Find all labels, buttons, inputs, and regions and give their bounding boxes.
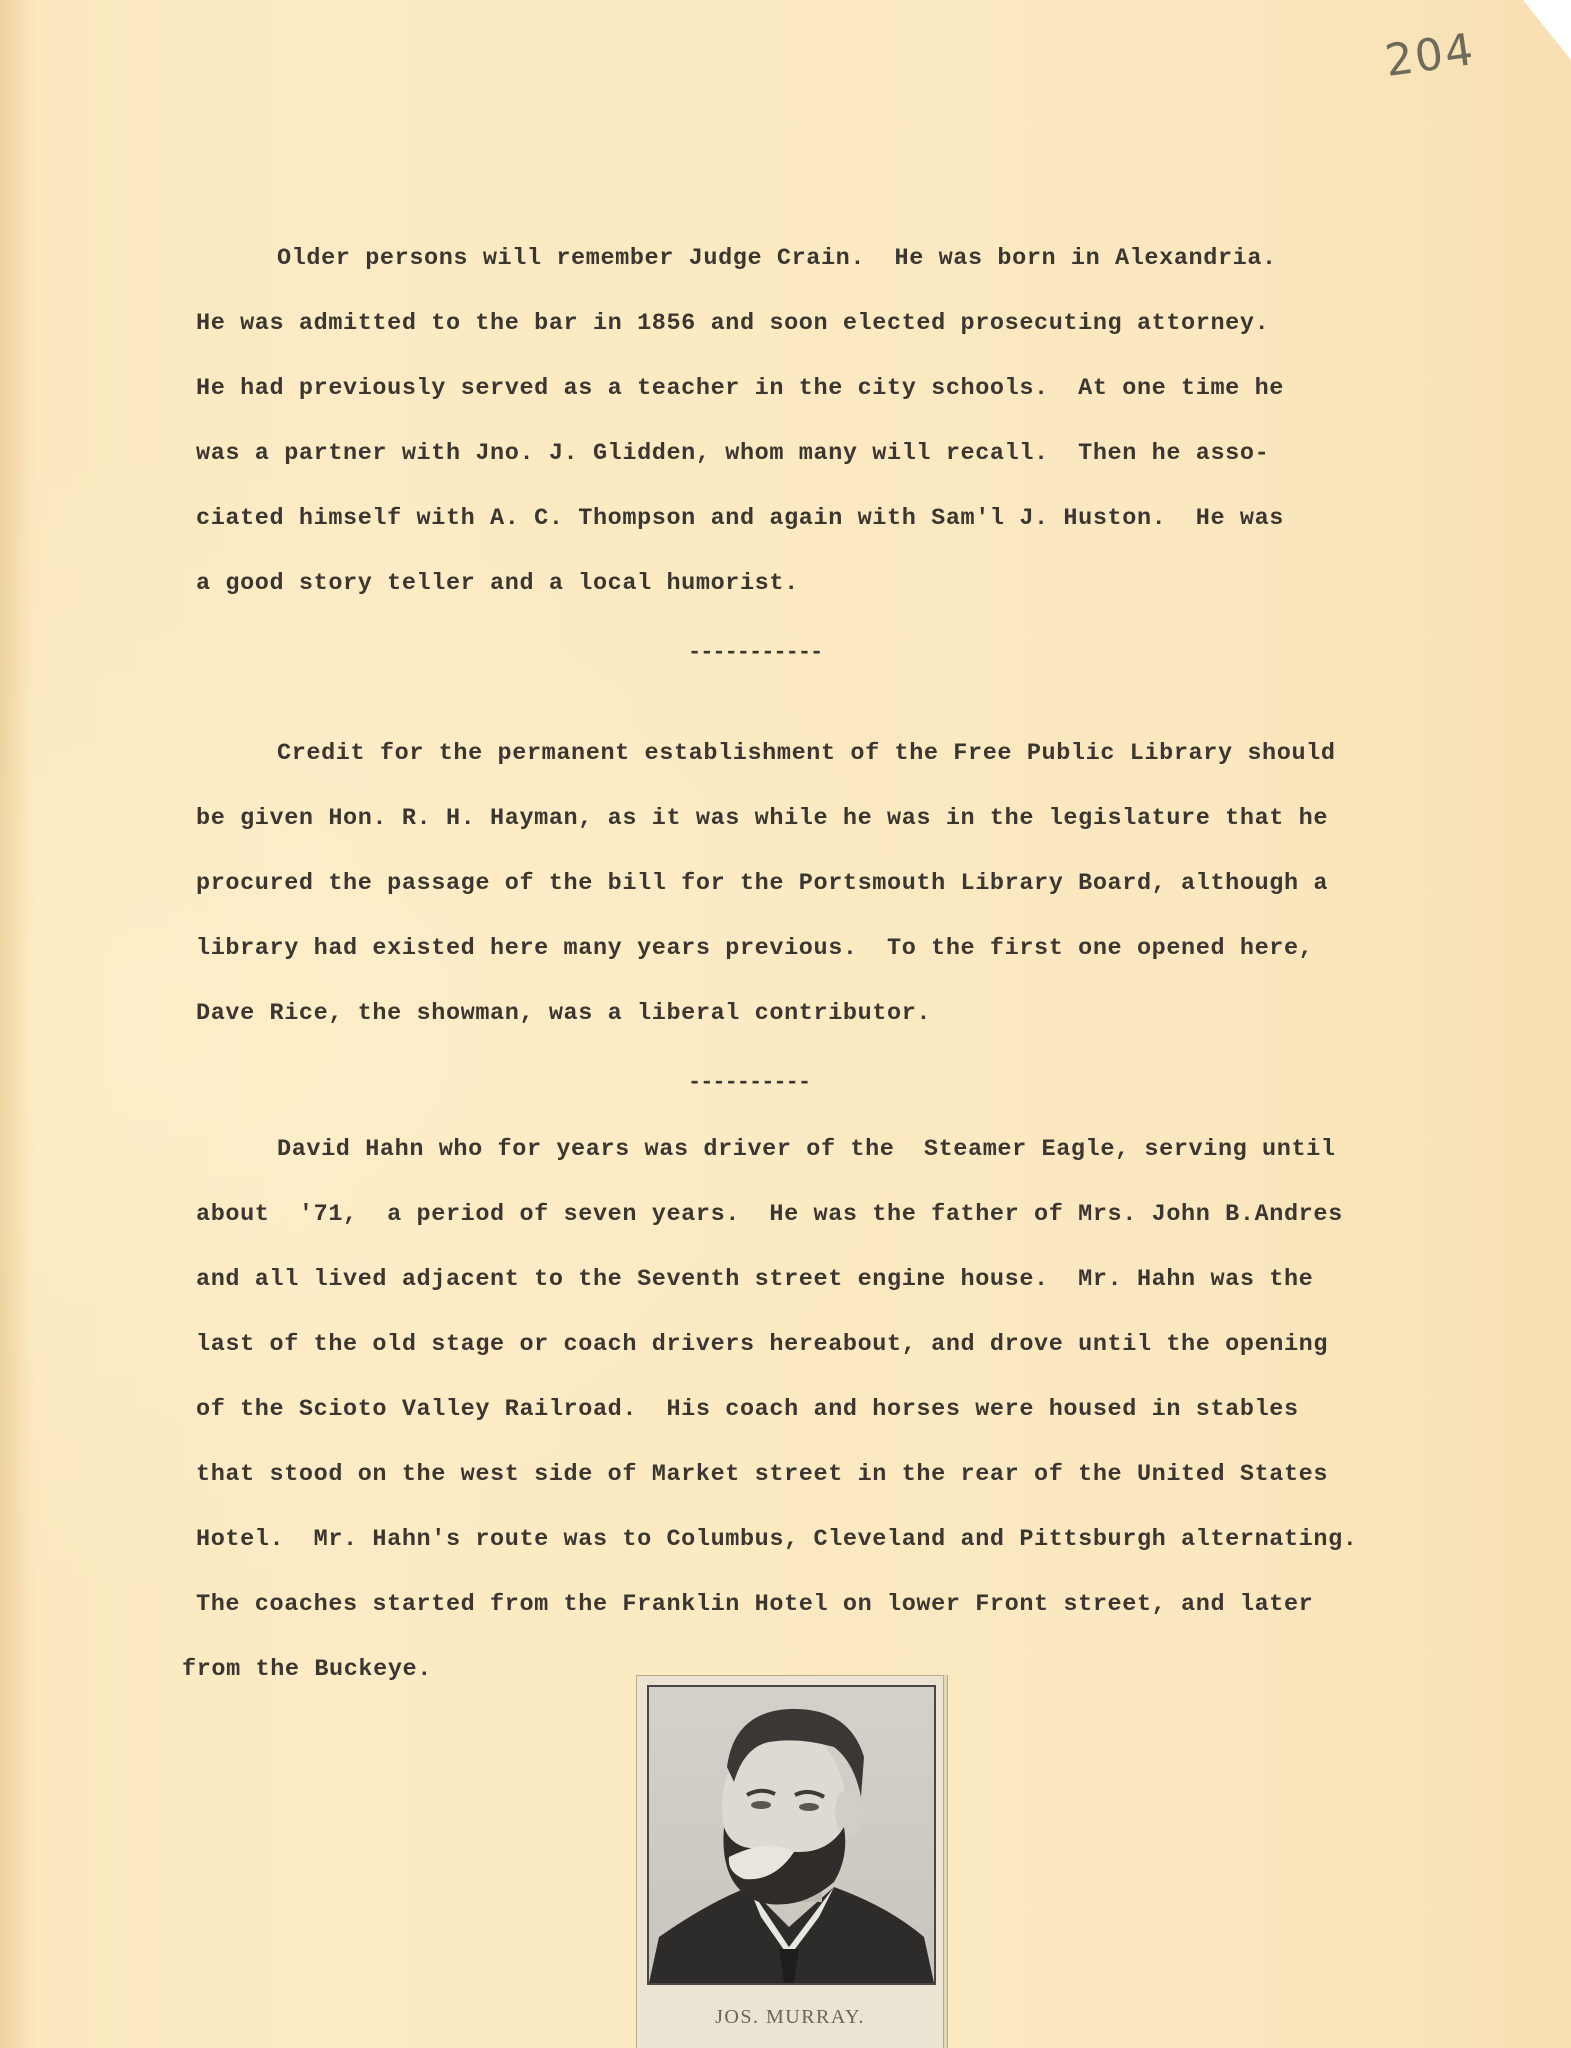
text-line: a good story teller and a local humorist…	[196, 570, 799, 597]
text-line: He was admitted to the bar in 1856 and s…	[196, 310, 1269, 337]
text-line: ciated himself with A. C. Thompson and a…	[196, 505, 1284, 532]
section-separator: -----------	[688, 640, 822, 665]
portrait-caption: JOS. MURRAY.	[637, 2006, 943, 2029]
text-line: Hotel. Mr. Hahn's route was to Columbus,…	[196, 1526, 1357, 1553]
text-line: be given Hon. R. H. Hayman, as it was wh…	[196, 805, 1328, 832]
page-corner	[1491, 0, 1571, 60]
text-line: library had existed here many years prev…	[196, 935, 1313, 962]
text-line: David Hahn who for years was driver of t…	[277, 1136, 1336, 1163]
text-line: from the Buckeye.	[182, 1656, 432, 1683]
text-line: of the Scioto Valley Railroad. His coach…	[196, 1396, 1299, 1423]
portrait-clipping: JOS. MURRAY.	[636, 1675, 944, 2048]
text-line: procured the passage of the bill for the…	[196, 870, 1328, 897]
text-line: last of the old stage or coach drivers h…	[196, 1331, 1328, 1358]
portrait-image-icon	[649, 1687, 934, 1983]
text-line: Credit for the permanent establishment o…	[277, 740, 1336, 767]
document-page: 204 Older persons will remember Judge Cr…	[0, 0, 1571, 2048]
text-line: that stood on the west side of Market st…	[196, 1461, 1328, 1488]
section-separator: ----------	[688, 1070, 810, 1095]
text-line: about '71, a period of seven years. He w…	[196, 1201, 1343, 1228]
text-line: Dave Rice, the showman, was a liberal co…	[196, 1000, 931, 1027]
portrait-photo	[647, 1685, 936, 1985]
handwritten-page-number: 204	[1382, 24, 1478, 87]
text-line: The coaches started from the Franklin Ho…	[196, 1591, 1313, 1618]
text-line: Older persons will remember Judge Crain.…	[277, 245, 1277, 272]
text-line: was a partner with Jno. J. Glidden, whom…	[196, 440, 1269, 467]
text-line: and all lived adjacent to the Seventh st…	[196, 1266, 1313, 1293]
paper-edge	[0, 0, 30, 2048]
text-line: He had previously served as a teacher in…	[196, 375, 1284, 402]
